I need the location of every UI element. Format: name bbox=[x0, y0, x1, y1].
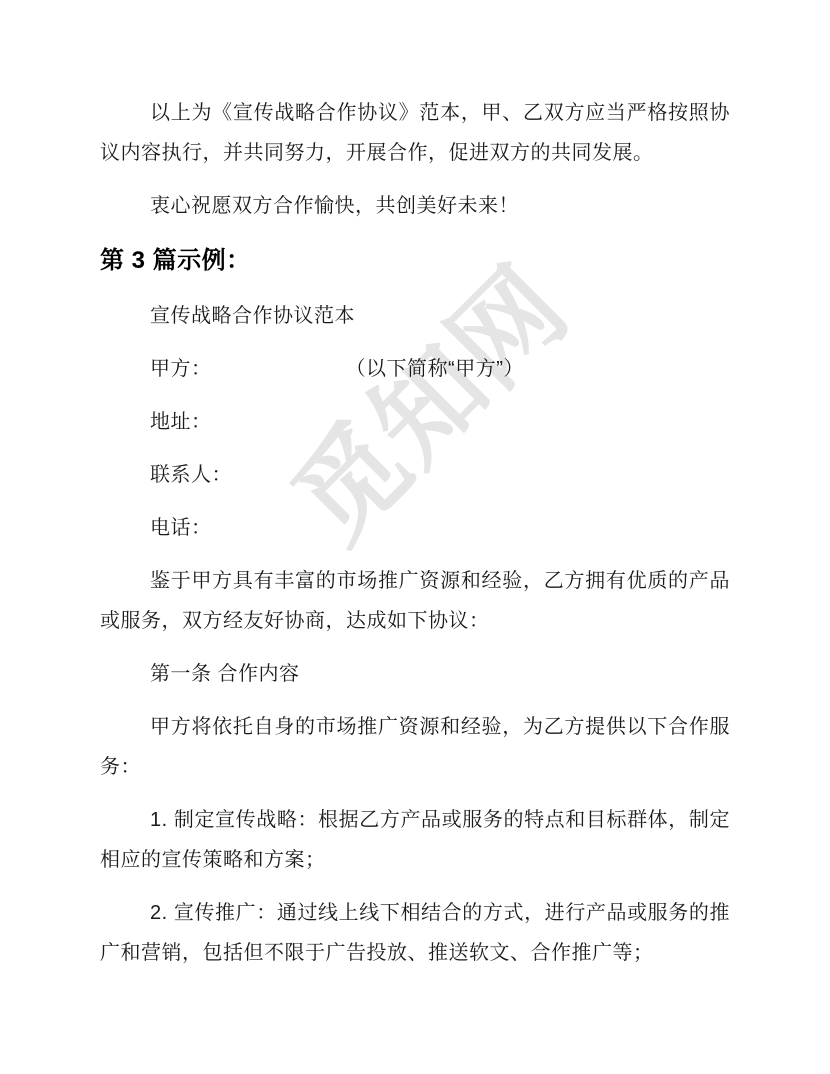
document-page: 觅知网 以上为《宣传战略合作协议》范本，甲、乙双方应当严格按照协议内容执行，并共… bbox=[0, 0, 830, 1074]
paragraph-service-item-2: 2. 宣传推广：通过线上线下相结合的方式，进行产品或服务的推广和营销，包括但不限… bbox=[100, 893, 730, 973]
party-a-label: 甲方： bbox=[150, 358, 212, 380]
paragraph-closing-statement: 以上为《宣传战略合作协议》范本，甲、乙双方应当严格按照协议内容执行，并共同努力，… bbox=[100, 93, 730, 173]
paragraph-template-title: 宣传战略合作协议范本 bbox=[100, 296, 730, 336]
paragraph-recitals: 鉴于甲方具有丰富的市场推广资源和经验，乙方拥有优质的产品或服务，双方经友好协商，… bbox=[100, 561, 730, 641]
paragraph-article-1-title: 第一条 合作内容 bbox=[100, 654, 730, 694]
paragraph-wish: 衷心祝愿双方合作愉快，共创美好未来！ bbox=[100, 186, 730, 226]
paragraph-phone: 电话： bbox=[100, 508, 730, 548]
document-content: 以上为《宣传战略合作协议》范本，甲、乙双方应当严格按照协议内容执行，并共同努力，… bbox=[0, 0, 830, 973]
party-a-note: （以下简称“甲方”） bbox=[346, 358, 524, 380]
section-heading-example-3: 第 3 篇示例： bbox=[100, 239, 730, 283]
paragraph-service-item-1: 1. 制定宣传战略：根据乙方产品或服务的特点和目标群体，制定相应的宣传策略和方案… bbox=[100, 800, 730, 880]
paragraph-article-1-intro: 甲方将依托自身的市场推广资源和经验，为乙方提供以下合作服务： bbox=[100, 707, 730, 787]
paragraph-address: 地址： bbox=[100, 402, 730, 442]
paragraph-party-a: 甲方： （以下简称“甲方”） bbox=[100, 349, 730, 389]
paragraph-contact-person: 联系人： bbox=[100, 455, 730, 495]
